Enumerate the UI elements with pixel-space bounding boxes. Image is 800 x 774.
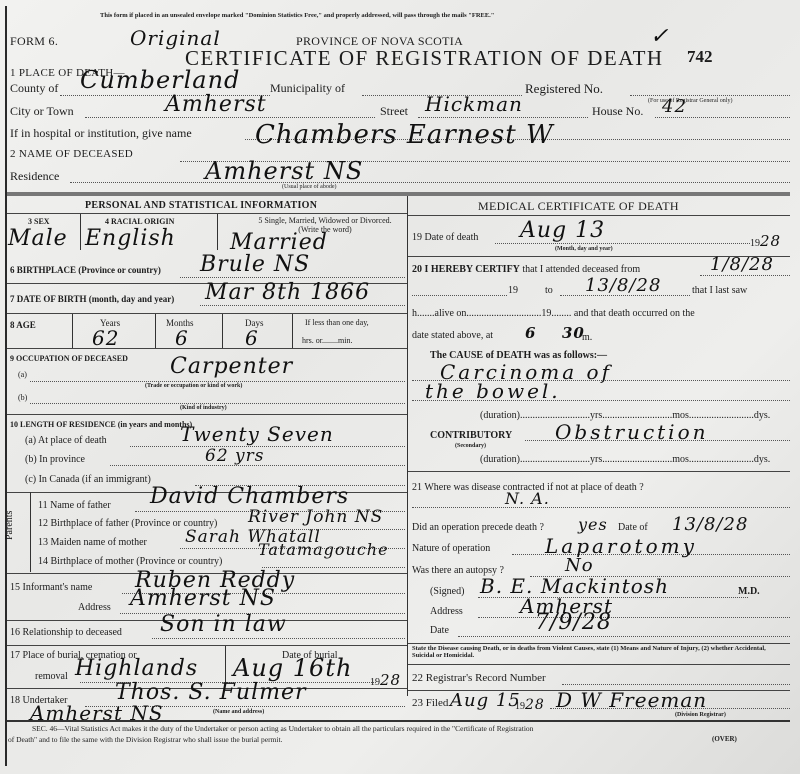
residence-note: (Usual place of abode) — [282, 184, 336, 190]
death-time-hour: 6 — [525, 324, 536, 342]
age-label: 8 AGE — [10, 320, 36, 330]
contributory-value: Obstruction — [555, 420, 709, 444]
certify-to: to — [545, 285, 553, 296]
operation-date-label: Date of — [618, 522, 648, 533]
death-time-label: date stated above, at — [412, 330, 493, 341]
county-label: County of — [10, 81, 58, 96]
attended-to-value: 13/8/28 — [585, 275, 661, 296]
mother-birthplace-label: 14 Birthplace of mother (Province or cou… — [38, 556, 222, 567]
filed-label: 23 Filed — [412, 697, 448, 709]
occupation-b-label: (b) — [18, 393, 27, 402]
attended-from-value: 1/8/28 — [710, 254, 774, 275]
deceased-name-label: 2 NAME OF DECEASED — [10, 148, 133, 160]
over-label: (OVER) — [712, 735, 737, 743]
operation-value: yes — [578, 515, 608, 534]
undertaker-note: (Name and address) — [213, 709, 264, 715]
death-date-note: (Month, day and year) — [555, 246, 613, 252]
death-date-label: 19 Date of death — [412, 232, 478, 243]
mail-notice: This form if placed in an unsealed envel… — [100, 12, 494, 19]
racial-origin-label: 4 RACIAL ORIGIN — [105, 217, 174, 226]
death-time-suffix: m. — [582, 332, 592, 343]
violent-causes-note: State the Disease causing Death, or in d… — [412, 645, 788, 659]
residence-province-label: (b) In province — [25, 454, 85, 465]
age-months-value: 6 — [175, 326, 189, 350]
residence-province-value: 62 yrs — [205, 446, 265, 466]
occupation-b-note: (Kind of industry) — [180, 405, 227, 411]
mother-name-label: 13 Maiden name of mother — [38, 537, 147, 548]
registered-no-label: Registered No. — [525, 81, 603, 97]
filed-year: 1928 — [515, 697, 545, 713]
operation-nature-label: Nature of operation — [412, 543, 490, 554]
birthplace-label: 6 BIRTHPLACE (Province or country) — [10, 265, 161, 275]
form-number: FORM 6. — [10, 34, 58, 49]
municipality-label: Municipality of — [270, 81, 345, 96]
parents-side-label: Parents — [4, 511, 15, 540]
city-label: City or Town — [10, 104, 74, 119]
occupation-a-label: (a) — [18, 370, 27, 379]
registered-no-note: (For use of Registrar General only) — [648, 98, 732, 104]
relationship-value: Son in law — [160, 612, 287, 637]
md-label: M.D. — [738, 586, 760, 597]
street-value: Hickman — [425, 92, 523, 116]
certify-19: 19 — [508, 285, 518, 296]
section-divider — [7, 192, 790, 196]
mother-birthplace-value: Tatamagouche — [258, 540, 389, 559]
burial-place-value: Highlands — [75, 656, 198, 681]
dob-label: 7 DATE OF BIRTH (month, day and year) — [10, 294, 174, 304]
residence-length-label: 10 LENGTH OF RESIDENCE (in years and mon… — [10, 420, 192, 429]
father-name-value: David Chambers — [150, 484, 349, 509]
operation-label: Did an operation precede death ? — [412, 522, 544, 533]
sex-label: 3 SEX — [28, 217, 50, 226]
cause-line-2: the bowel. — [425, 379, 561, 403]
left-border — [5, 6, 7, 766]
certify-line-3: h.......alive on........................… — [412, 308, 695, 319]
age-years-value: 62 — [92, 326, 119, 350]
certify-line-1: 20 I HEREBY CERTIFY that I attended dece… — [412, 264, 640, 275]
age-days-value: 6 — [245, 326, 259, 350]
father-birthplace-value: River John NS — [248, 507, 383, 527]
hospital-label: If in hospital or institution, give name — [10, 126, 192, 141]
registrar-note: (Division Registrar) — [675, 712, 726, 718]
age-hrs-min-label: hrs. or........min. — [302, 336, 352, 345]
relationship-label: 16 Relationship to deceased — [10, 627, 122, 638]
occupation-a-value: Carpenter — [170, 354, 293, 379]
death-year: 1928 — [750, 232, 781, 250]
burial-year: 1928 — [370, 671, 401, 689]
contributory-note: (Secondary) — [455, 443, 486, 449]
house-no-value: 42 — [662, 96, 687, 117]
house-no-label: House No. — [592, 104, 643, 119]
serial-number: 742 — [687, 47, 713, 67]
death-certificate: This form if placed in an unsealed envel… — [0, 0, 800, 774]
residence-place-label: (a) At place of death — [25, 435, 107, 446]
certificate-title: CERTIFICATE OF REGISTRATION OF DEATH — [185, 46, 664, 71]
registrar-signature: D W Freeman — [556, 688, 707, 712]
check-mark: ✓ — [650, 24, 669, 49]
occupation-label: 9 OCCUPATION OF DECEASED — [10, 354, 128, 363]
signed-label: (Signed) — [430, 586, 464, 597]
residence-label: Residence — [10, 169, 59, 184]
racial-origin-value: English — [85, 226, 176, 251]
certify-last-saw: that I last saw — [692, 285, 747, 296]
father-name-label: 11 Name of father — [38, 500, 111, 511]
footer-line-1: SEC. 46—Vital Statistics Act makes it th… — [32, 724, 533, 733]
deceased-name-value: Chambers Earnest W — [255, 120, 554, 150]
street-label: Street — [380, 104, 408, 119]
county-value: Cumberland — [80, 66, 240, 94]
autopsy-value: No — [565, 555, 594, 576]
occupation-a-note: (Trade or occupation or kind of work) — [145, 383, 242, 389]
sign-date-value: 7/9/28 — [535, 610, 612, 635]
informant-name-label: 15 Informant's name — [10, 582, 92, 593]
informant-address-label: Address — [78, 602, 111, 613]
age-lt-day-label: If less than one day, — [305, 318, 369, 327]
contributory-duration: (duration)............................yr… — [480, 454, 770, 465]
personal-heading: PERSONAL AND STATISTICAL INFORMATION — [85, 200, 317, 211]
birthplace-value: Brule NS — [200, 252, 310, 277]
sex-value: Male — [8, 226, 68, 251]
operation-date-value: 13/8/28 — [672, 514, 748, 535]
footer-line-2: of Death" and to file the same with the … — [8, 735, 282, 744]
burial-date-value: Aug 16th — [233, 654, 352, 682]
physician-address-label: Address — [430, 606, 463, 617]
residence-canada-label: (c) In Canada (if an immigrant) — [25, 474, 151, 485]
medical-heading: MEDICAL CERTIFICATE OF DEATH — [478, 199, 679, 214]
informant-address-value: Amherst NS — [130, 586, 276, 611]
footer-divider — [7, 720, 790, 722]
contributory-label: CONTRIBUTORY — [430, 430, 512, 441]
contracted-value: N. A. — [505, 489, 550, 508]
residence-value: Amherst NS — [205, 157, 363, 185]
column-divider — [407, 196, 408, 696]
filed-value: Aug 15 — [450, 690, 521, 711]
death-date-value: Aug 13 — [520, 218, 605, 243]
dob-value: Mar 8th 1866 — [205, 280, 370, 305]
city-value: Amherst — [165, 92, 267, 117]
removal-label: removal — [35, 671, 68, 682]
sign-date-label: Date — [430, 625, 449, 636]
record-number-label: 22 Registrar's Record Number — [412, 672, 546, 684]
residence-place-value: Twenty Seven — [180, 422, 334, 446]
